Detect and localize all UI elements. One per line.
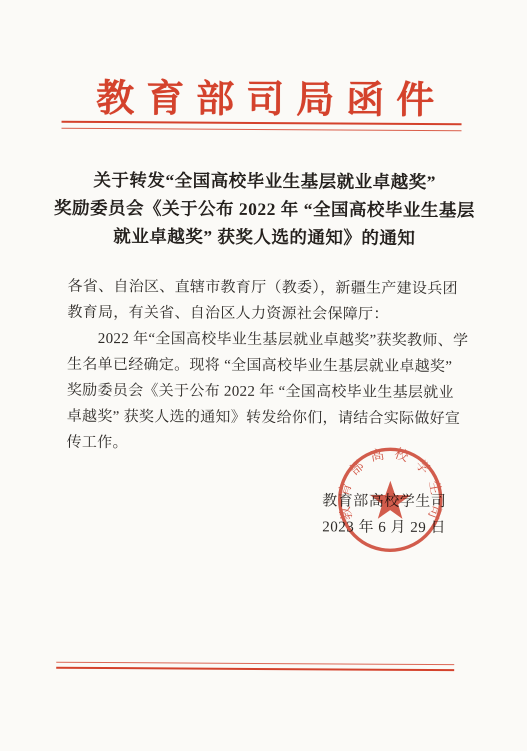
header-divider — [62, 121, 462, 131]
body-line: 传工作。 — [67, 430, 467, 458]
body-line: 卓越奖” 获奖人选的通知》转发给你们，请结合实际做好宣 — [67, 404, 467, 432]
footer-divider — [56, 662, 454, 671]
letterhead-title: 教育部司局函件 — [2, 66, 527, 124]
signature-block: 教育部高校学生司 2023 年 6 月 29 日 — [322, 489, 446, 541]
body-line: 教育局，有关省、自治区人力资源社会保障厅： — [67, 300, 467, 328]
scanned-letter-page: 教育部司局函件 关于转发“全国高校毕业生基层就业卓越奖” 奖励委员会《关于公布 … — [0, 0, 527, 751]
signature-date: 2023 年 6 月 29 日 — [322, 515, 446, 541]
signature-org: 教育部高校学生司 — [322, 489, 446, 515]
scan-content: 教育部司局函件 关于转发“全国高校毕业生基层就业卓越奖” 奖励委员会《关于公布 … — [0, 0, 527, 751]
title-line: 就业卓越奖” 获奖人选的通知》的通知 — [1, 221, 527, 252]
title-line: 奖励委员会《关于公布 2022 年 “全国高校毕业生基层 — [1, 193, 527, 224]
body-line: 2022 年“全国高校毕业生基层就业卓越奖”获奖教师、学 — [67, 326, 467, 354]
document-title: 关于转发“全国高校毕业生基层就业卓越奖” 奖励委员会《关于公布 2022 年 “… — [1, 165, 527, 252]
body-line: 奖励委员会《关于公布 2022 年 “全国高校毕业生基层就业 — [67, 378, 467, 406]
title-line: 关于转发“全国高校毕业生基层就业卓越奖” — [1, 165, 527, 196]
letter-body: 各省、自治区、直辖市教育厅（教委），新疆生产建设兵团 教育局，有关省、自治区人力… — [67, 274, 468, 458]
body-line: 生名单已经确定。现将 “全国高校毕业生基层就业卓越奖” — [67, 352, 467, 380]
body-line: 各省、自治区、直辖市教育厅（教委），新疆生产建设兵团 — [67, 274, 467, 302]
